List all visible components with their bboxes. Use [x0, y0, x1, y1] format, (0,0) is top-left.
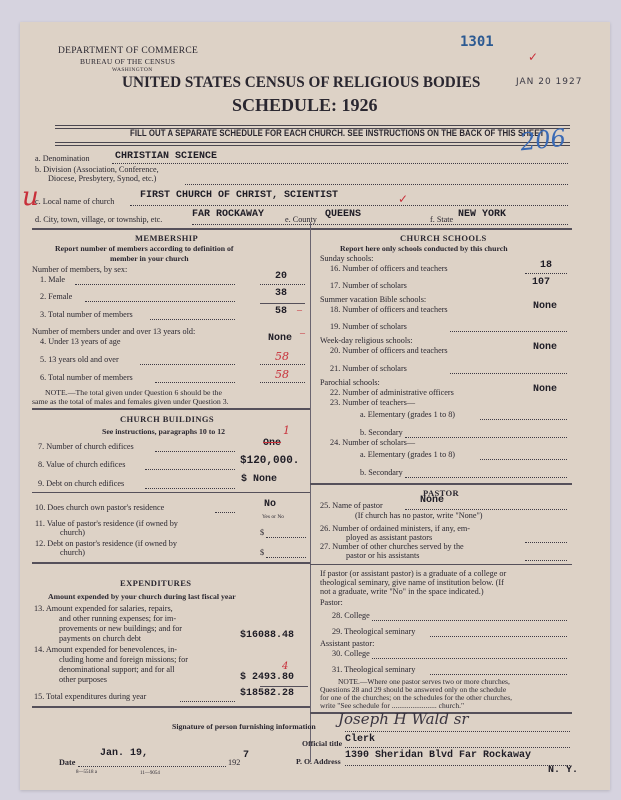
q28-label: 28. College — [332, 611, 370, 620]
schools-heading: CHURCH SCHOOLS — [400, 233, 487, 243]
q24b-label: b. Secondary — [360, 468, 403, 477]
graduate-note-2: theological seminary, give name of insti… — [320, 578, 504, 587]
red-tick: – — [300, 328, 305, 339]
total-members-value[interactable]: 58 — [275, 306, 287, 317]
dotted-line — [192, 224, 568, 225]
age-label: Number of members under and over 13 year… — [32, 327, 195, 336]
q24-label: 24. Number of scholars— — [330, 438, 415, 447]
membership-heading: MEMBERSHIP — [135, 233, 198, 243]
q17-value[interactable]: 107 — [532, 277, 550, 288]
official-title-label: Official title — [302, 739, 342, 748]
q26-label: 26. Number of ordained ministers, if any… — [320, 524, 470, 533]
q16-label: 16. Number of officers and teachers — [330, 264, 448, 273]
dotted-line — [266, 537, 306, 538]
divider — [32, 562, 310, 564]
division-field[interactable] — [185, 184, 568, 185]
denomination-label: a. Denomination — [35, 154, 90, 163]
q23b-label: b. Secondary — [360, 428, 403, 437]
female-value[interactable]: 38 — [275, 288, 287, 299]
dotted-line — [140, 364, 235, 365]
total-expenditures-label: 15. Total expenditures during year — [34, 692, 146, 701]
q17-label: 17. Number of scholars — [330, 281, 407, 290]
q24a-label: a. Elementary (grades 1 to 8) — [360, 450, 455, 459]
bureau-name: BUREAU OF THE CENSUS — [80, 57, 175, 66]
buildings-heading: CHURCH BUILDINGS — [120, 414, 214, 424]
q29-label: 29. Theological seminary — [332, 627, 415, 636]
pastor-name-value[interactable]: None — [420, 495, 444, 506]
sunday-schools-label: Sunday schools: — [320, 254, 373, 263]
membership-note-2: same as the total of males and females g… — [32, 397, 229, 406]
schools-subheading: Report here only schools conducted by th… — [340, 244, 508, 253]
divider — [310, 483, 572, 485]
edifices-count-label: 7. Number of church edifices — [38, 442, 134, 451]
buildings-subheading: See instructions, paragraphs 10 to 12 — [102, 427, 225, 436]
edifices-debt-value[interactable]: $ None — [241, 474, 277, 485]
q30-field[interactable] — [372, 658, 567, 659]
divider — [310, 564, 572, 565]
summer-schools-label: Summer vacation Bible schools: — [320, 295, 426, 304]
divider — [32, 408, 310, 410]
q19-field[interactable] — [450, 331, 567, 332]
over13-value[interactable]: 58 — [275, 350, 289, 363]
dotted-line — [525, 273, 567, 274]
q23-label: 23. Number of teachers— — [330, 398, 415, 407]
dotted-line — [345, 731, 570, 732]
received-date-stamp: JAN 20 1927 — [516, 77, 582, 87]
dotted-line — [215, 512, 235, 513]
red-check-icon: ✓ — [528, 50, 538, 65]
po-address-label: P. O. Address — [296, 757, 341, 766]
q18-value[interactable]: None — [533, 301, 557, 312]
dotted-line — [78, 766, 226, 767]
pastor-name-label: 25. Name of pastor — [320, 501, 383, 510]
division-label: b. Division (Association, Conference, — [35, 165, 159, 174]
total-by-age-value[interactable]: 58 — [275, 368, 289, 381]
signature-value[interactable]: Joseph H Wald sr — [338, 710, 469, 728]
local-name-label: c. Local name of church — [35, 197, 114, 206]
dotted-line — [150, 319, 235, 320]
sum-line — [260, 686, 308, 687]
year-suffix[interactable]: 7 — [243, 750, 249, 761]
po-address-line1[interactable]: 1390 Sheridan Blvd Far Rockaway — [345, 750, 531, 761]
schedule-title: SCHEDULE: 1926 — [232, 95, 378, 116]
by-sex-label: Number of members, by sex: — [32, 265, 127, 274]
edifices-value-label: 8. Value of church edifices — [38, 460, 125, 469]
dotted-line — [145, 488, 235, 489]
total-expenditures-value[interactable]: $18582.28 — [240, 688, 294, 699]
q18-label: 18. Number of officers and teachers — [330, 305, 448, 314]
census-schedule-document: DEPARTMENT OF COMMERCE BUREAU OF THE CEN… — [20, 22, 610, 790]
division-label-2: Diocese, Presbytery, Synod, etc.) — [48, 174, 156, 183]
column-divider — [310, 222, 311, 762]
residence-debt-label: 12. Debt on pastor's residence (if owned… — [35, 539, 177, 548]
document-title: UNITED STATES CENSUS OF RELIGIOUS BODIES — [122, 74, 480, 92]
residence-value-field[interactable]: $ — [260, 528, 264, 537]
weekday-schools-label: Week-day religious schools: — [320, 336, 413, 345]
under13-label: 4. Under 13 years of age — [40, 337, 120, 346]
official-title-value[interactable]: Clerk — [345, 734, 375, 745]
q27-label: 27. Number of other churches served by t… — [320, 542, 464, 551]
divider — [32, 706, 310, 708]
instruction-banner: FILL OUT A SEPARATE SCHEDULE FOR EACH CH… — [130, 128, 544, 139]
item14-value[interactable]: $ 2493.80 — [240, 672, 294, 683]
stamp-number: 1301 — [460, 34, 494, 50]
pastor-sub-label: Pastor: — [320, 598, 343, 607]
dotted-line — [266, 557, 306, 558]
department-name: DEPARTMENT OF COMMERCE — [58, 46, 198, 56]
edifices-value[interactable]: $120,000. — [240, 455, 299, 467]
female-label: 2. Female — [40, 292, 72, 301]
q23a-field[interactable] — [480, 419, 567, 420]
q28-field[interactable] — [372, 620, 567, 621]
residence-value-label-2: church) — [60, 528, 85, 537]
q20-value[interactable]: None — [533, 342, 557, 353]
item14-line1: 14. Amount expended for benevolences, in… — [34, 645, 177, 654]
denomination-value[interactable]: CHRISTIAN SCIENCE — [115, 151, 217, 162]
edifices-count-correction: 1 — [283, 424, 290, 437]
dotted-line — [180, 701, 235, 702]
po-address-line2[interactable]: N. Y. — [548, 765, 578, 776]
under13-value[interactable]: None — [268, 333, 292, 344]
edifices-debt-label: 9. Debt on church edifices — [38, 479, 124, 488]
dotted-line — [260, 382, 305, 383]
edifices-count-value[interactable]: One — [263, 438, 281, 449]
date-value[interactable]: Jan. 19, — [100, 748, 148, 759]
yes-no-hint: Yes or No — [262, 514, 284, 520]
local-name-value[interactable]: FIRST CHURCH OF CHRIST, SCIENTIST — [140, 190, 338, 201]
city-value[interactable]: FAR ROCKAWAY — [192, 209, 264, 220]
dotted-line — [345, 747, 570, 748]
dotted-line — [345, 765, 570, 766]
q21-label: 21. Number of scholars — [330, 364, 407, 373]
item13-line4: payments on church debt — [59, 634, 141, 643]
form-code: 8—5518 a — [76, 770, 97, 775]
pastor-note-4: write "See schedule for ................… — [320, 701, 464, 710]
city-name: WASHINGTON — [112, 67, 153, 73]
male-label: 1. Male — [40, 275, 65, 284]
total-members-label: 3. Total number of members — [40, 310, 133, 319]
state-value[interactable]: NEW YORK — [458, 209, 506, 220]
dotted-line — [75, 284, 235, 285]
divider — [55, 142, 570, 146]
q31-field[interactable] — [430, 674, 567, 675]
item14-correction: 4 — [282, 661, 288, 672]
residence-value-label: 11. Value of pastor's residence (if owne… — [35, 519, 178, 528]
q24b-field[interactable] — [405, 477, 567, 478]
red-check-icon: ✓ — [398, 192, 408, 207]
dotted-line — [112, 163, 568, 164]
pastor-name-hint: (If church has no pastor, write "None") — [355, 511, 483, 520]
expenditures-heading: EXPENDITURES — [120, 578, 191, 588]
year-prefix: 192 — [228, 758, 240, 767]
divider — [32, 492, 310, 493]
assistant-pastor-label: Assistant pastor: — [320, 639, 374, 648]
q21-field[interactable] — [450, 373, 567, 374]
own-residence-label: 10. Does church own pastor's residence — [35, 503, 164, 512]
item14-line3: denominational support; and for all — [59, 665, 175, 674]
signature-label: Signature of person furnishing informati… — [172, 722, 316, 731]
total-by-age-label: 6. Total number of members — [40, 373, 133, 382]
male-value[interactable]: 20 — [275, 271, 287, 282]
q20-label: 20. Number of officers and teachers — [330, 346, 448, 355]
item14-line2: cluding home and foreign missions; for — [59, 655, 188, 664]
item13-line1: 13. Amount expended for salaries, repair… — [34, 604, 173, 613]
q16-value[interactable]: 18 — [540, 260, 552, 271]
membership-note: NOTE.—The total given under Question 6 s… — [45, 388, 222, 397]
parochial-schools-label: Parochial schools: — [320, 378, 380, 387]
county-label: e. County — [285, 215, 317, 224]
membership-subheading: Report number of members according to de… — [55, 244, 234, 253]
membership-subheading-2: member in your church — [110, 254, 189, 263]
own-residence-value[interactable]: No — [264, 499, 276, 510]
q26-field[interactable] — [525, 542, 567, 543]
dotted-line — [155, 451, 235, 452]
q26-label-2: ployed as assistant pastors — [346, 533, 432, 542]
q30-label: 30. College — [332, 649, 370, 658]
divider — [32, 228, 572, 230]
residence-debt-label-2: church) — [60, 548, 85, 557]
dotted-line — [145, 469, 235, 470]
dotted-line — [405, 509, 567, 510]
q23a-label: a. Elementary (grades 1 to 8) — [360, 410, 455, 419]
q23b-field[interactable] — [405, 437, 567, 438]
dotted-line — [85, 301, 235, 302]
q31-label: 31. Theological seminary — [332, 665, 415, 674]
expenditures-subheading: Amount expended by your church during la… — [48, 592, 236, 601]
q24a-field[interactable] — [480, 459, 567, 460]
q19-label: 19. Number of scholars — [330, 322, 407, 331]
item13-line2: and other running expenses; for im- — [59, 614, 176, 623]
residence-debt-field[interactable]: $ — [260, 548, 264, 557]
handwritten-code: 206 — [519, 124, 567, 157]
q29-field[interactable] — [430, 636, 567, 637]
dotted-line — [260, 364, 305, 365]
item14-line4: other purposes — [59, 675, 107, 684]
graduate-note-1: If pastor (or assistant pastor) is a gra… — [320, 569, 506, 578]
dotted-line — [155, 382, 235, 383]
graduate-note-3: not a graduate, write "No" in the space … — [320, 587, 484, 596]
state-label: f. State — [430, 215, 453, 224]
sum-line — [260, 303, 305, 304]
q22-label: 22. Number of administrative officers — [330, 388, 454, 397]
q22-value[interactable]: None — [533, 384, 557, 395]
dotted-line — [260, 284, 305, 285]
city-label: d. City, town, village, or township, etc… — [35, 215, 162, 224]
over13-label: 5. 13 years old and over — [40, 355, 119, 364]
item13-value[interactable]: $16088.48 — [240, 630, 294, 641]
q27-field[interactable] — [525, 560, 567, 561]
print-code: 11—9054 — [140, 771, 160, 776]
item13-line3: provements or new buildings; and for — [59, 624, 182, 633]
county-value[interactable]: QUEENS — [325, 209, 361, 220]
red-tick: – — [297, 305, 302, 316]
date-label: Date — [59, 758, 75, 767]
q27-label-2: pastor or his assistants — [346, 551, 419, 560]
dotted-line — [130, 205, 568, 206]
